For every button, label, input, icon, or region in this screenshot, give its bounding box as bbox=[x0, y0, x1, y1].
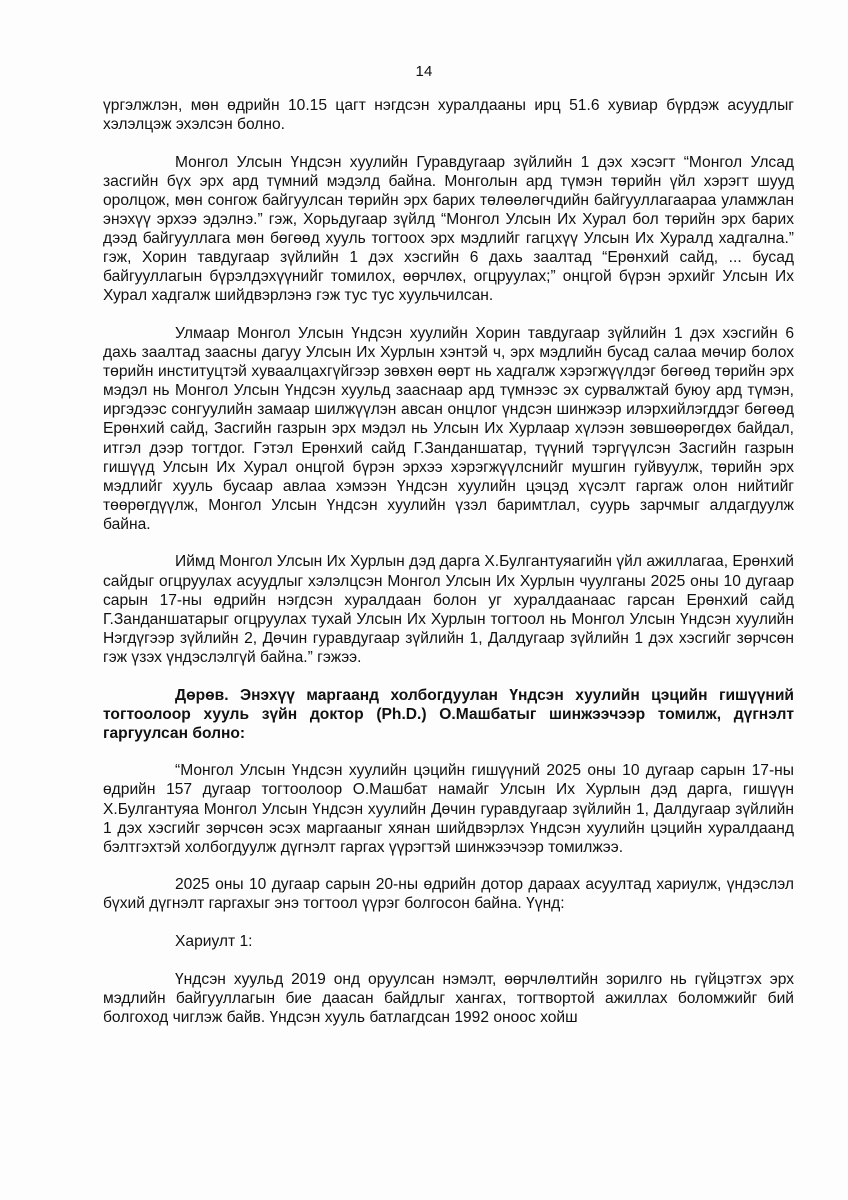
answer-label: Хариулт 1: bbox=[103, 932, 794, 951]
page-number: 14 bbox=[0, 63, 848, 80]
section-heading-four: Дөрөв. Энэхүү маргаанд холбогдуулан Үндс… bbox=[103, 686, 794, 743]
document-body: үргэлжлэн, мөн өдрийн 10.15 цагт нэгдсэн… bbox=[103, 96, 794, 1045]
paragraph-answer-one: Үндсэн хуульд 2019 онд оруулсан нэмэлт, … bbox=[103, 970, 794, 1027]
paragraph-deadline: 2025 оны 10 дугаар сарын 20-ны өдрийн до… bbox=[103, 875, 794, 913]
paragraph-constitution-articles: Монгол Улсын Үндсэн хуулийн Гуравдугаар … bbox=[103, 153, 794, 306]
document-page: 14 үргэлжлэн, мөн өдрийн 10.15 цагт нэгд… bbox=[0, 0, 848, 1200]
paragraph-conclusion-quote: Иймд Монгол Улсын Их Хурлын дэд дарга Х.… bbox=[103, 552, 794, 667]
paragraph-parliament-powers: Улмаар Монгол Улсын Үндсэн хуулийн Хорин… bbox=[103, 324, 794, 534]
paragraph-continuation: үргэлжлэн, мөн өдрийн 10.15 цагт нэгдсэн… bbox=[103, 96, 794, 134]
paragraph-expert-appointment: “Монгол Улсын Үндсэн хуулийн цэцийн гишү… bbox=[103, 761, 794, 856]
